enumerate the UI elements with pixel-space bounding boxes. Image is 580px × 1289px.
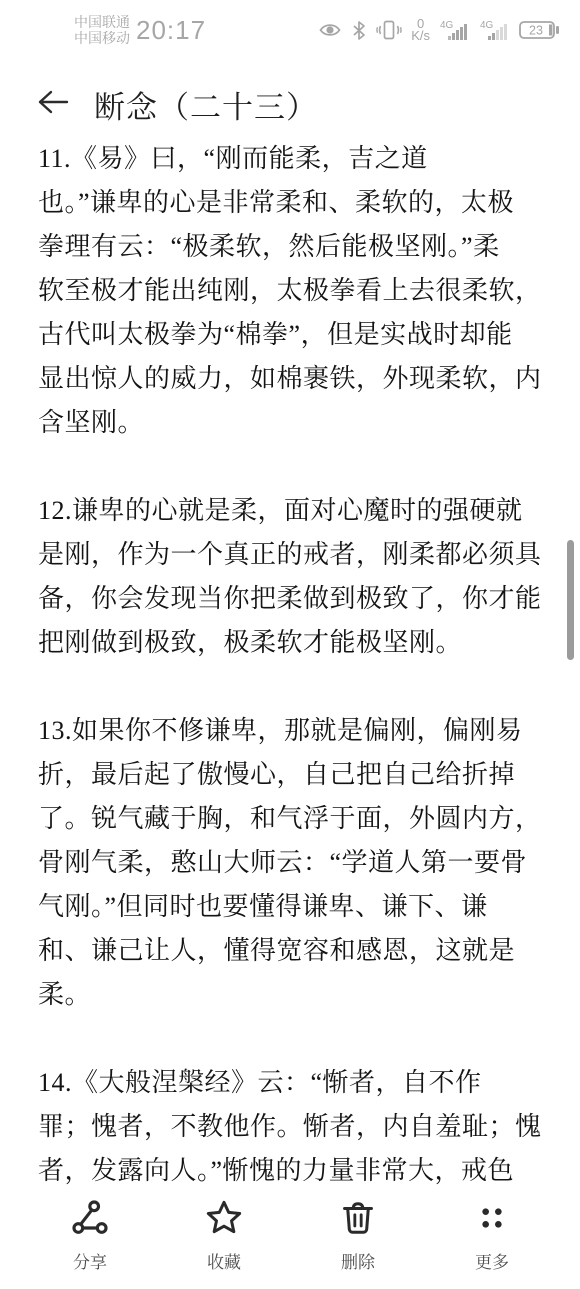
bluetooth-icon bbox=[351, 20, 367, 41]
paragraph-13: 13.如果你不修谦卑，那就是偏刚，偏刚易 折，最后起了傲慢心，自己把自己给折掉 … bbox=[38, 709, 542, 1017]
vibrate-icon bbox=[376, 19, 402, 41]
signal-bars-icon-1: 4G bbox=[439, 19, 470, 42]
trash-icon bbox=[339, 1198, 377, 1243]
more-button[interactable]: 更多 bbox=[454, 1198, 530, 1281]
back-button[interactable] bbox=[36, 87, 70, 121]
status-icons: 0 K/s 4G 4G bbox=[318, 18, 560, 42]
bottom-toolbar: 分享 收藏 删除 更多 bbox=[0, 1197, 580, 1289]
paragraph-12: 12.谦卑的心就是柔，面对心魔时的强硬就 是刚，作为一个真正的戒者，刚柔都必须具… bbox=[38, 489, 542, 665]
page-title: 断念（二十三） bbox=[94, 82, 318, 127]
back-arrow-icon bbox=[37, 89, 69, 120]
article-body: 11.《易》曰，“刚而能柔，吉之道 也。”谦卑的心是非常柔和、柔软的，太极 拳理… bbox=[38, 137, 542, 1237]
paragraph-14: 14.《大般涅槃经》云：“惭者，自不作 罪；愧者，不教他作。惭者，内自羞耻；愧 … bbox=[38, 1061, 542, 1193]
battery-percent-svg: 23 bbox=[529, 24, 543, 38]
title-bar: 断念（二十三） bbox=[0, 78, 580, 130]
status-bar: 中国联通 中国移动 20:17 0 K/s bbox=[0, 6, 580, 54]
carrier-names: 中国联通 中国移动 bbox=[74, 14, 130, 46]
network-speed: 0 K/s bbox=[411, 18, 430, 42]
scrollbar-thumb[interactable] bbox=[567, 540, 574, 660]
more-icon bbox=[473, 1198, 511, 1243]
favorite-button[interactable]: 收藏 bbox=[186, 1198, 262, 1281]
delete-button[interactable]: 删除 bbox=[320, 1198, 396, 1281]
network-speed-unit: K/s bbox=[411, 30, 430, 42]
battery-icon: 23 bbox=[519, 19, 560, 41]
eye-protection-icon bbox=[318, 20, 342, 40]
carrier-line2: 中国移动 bbox=[74, 30, 130, 46]
share-icon bbox=[70, 1198, 110, 1243]
star-icon bbox=[203, 1198, 245, 1243]
delete-label: 删除 bbox=[341, 1248, 375, 1273]
svg-text:4G: 4G bbox=[440, 20, 454, 31]
favorite-label: 收藏 bbox=[207, 1248, 241, 1273]
more-label: 更多 bbox=[475, 1248, 509, 1273]
share-button[interactable]: 分享 bbox=[52, 1198, 128, 1281]
svg-text:4G: 4G bbox=[480, 20, 494, 31]
signal-bars-icon-2: 4G bbox=[479, 19, 510, 42]
clock: 20:17 bbox=[136, 15, 206, 46]
share-label: 分享 bbox=[73, 1248, 107, 1273]
paragraph-11: 11.《易》曰，“刚而能柔，吉之道 也。”谦卑的心是非常柔和、柔软的，太极 拳理… bbox=[38, 137, 542, 445]
carrier-line1: 中国联通 bbox=[74, 14, 130, 30]
